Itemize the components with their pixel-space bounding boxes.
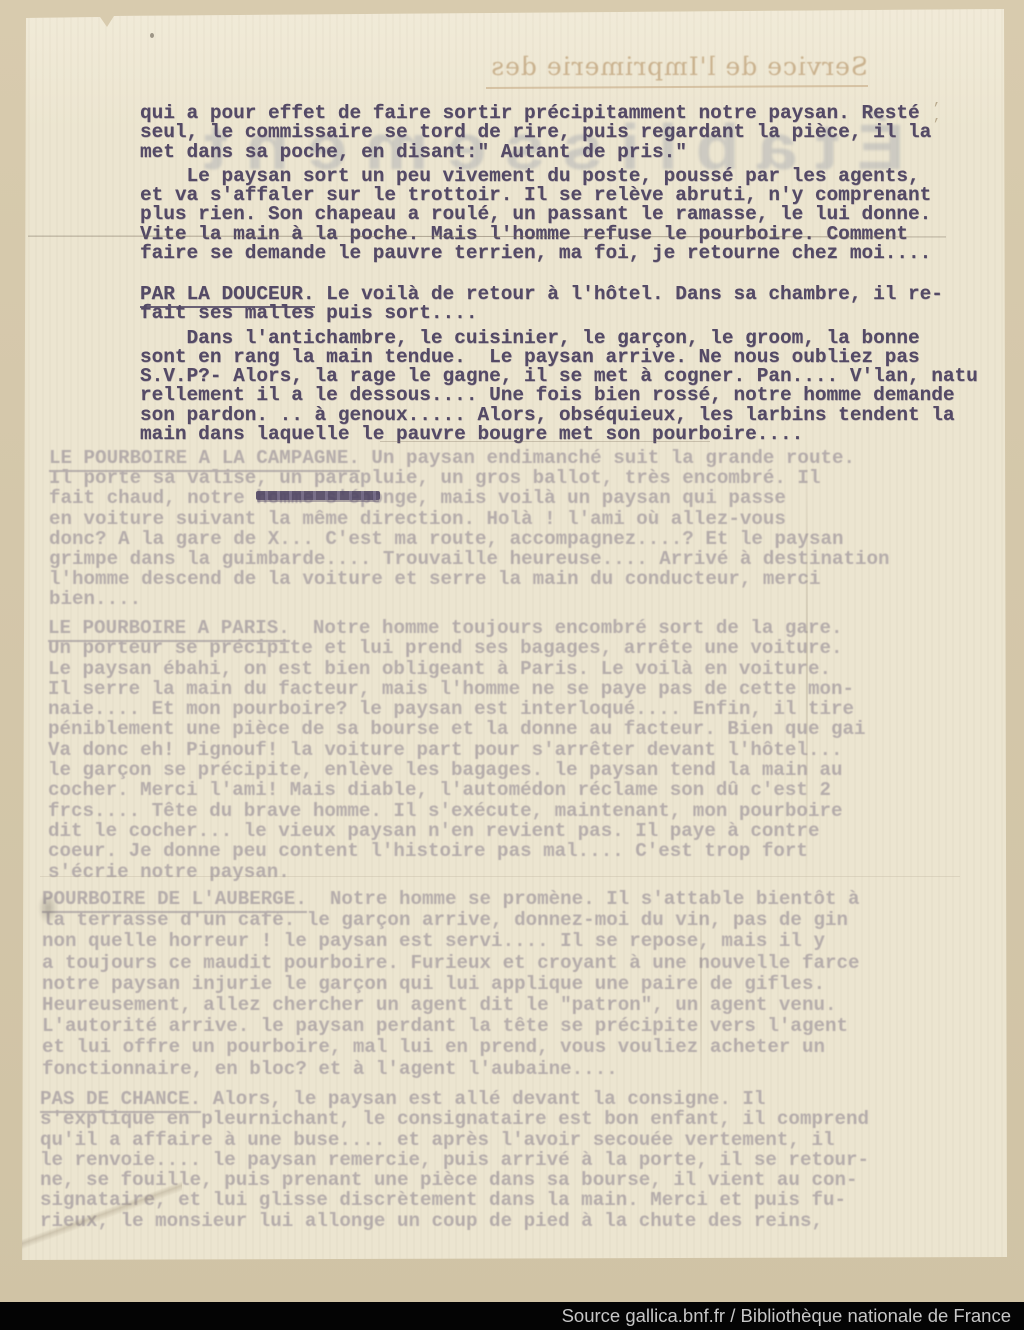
typed-line: Le paysan ébahi, on est bien obligeant à… (48, 659, 866, 679)
faint-crease-line (380, 441, 710, 442)
typed-line: POURBOIRE DE L'AUBERGE. Notre homme se p… (42, 889, 860, 910)
typed-line: Heureusement, allez chercher un agent di… (42, 995, 860, 1016)
typed-line: grimpe dans la guimbarde.... Trouvaille … (49, 549, 890, 569)
typed-line: s'explique en pleurnichant, le consignat… (40, 1109, 869, 1129)
typed-line: Un porteur se précipite et lui prend ses… (48, 638, 866, 658)
typed-line: s'écrie notre paysan. (48, 862, 866, 882)
typed-line: L'autorité arrive. le paysan perdant la … (42, 1016, 860, 1037)
typed-line: le renvoie.... le paysan remercie, puis … (40, 1150, 869, 1170)
typed-line: le garçon se précipite, enlève les bagag… (48, 760, 866, 780)
ghost-block-paris: LE POURBOIRE A PARIS. Notre homme toujou… (48, 618, 866, 882)
ghost-letterhead-service-line: Service de l'Imprimerie des (482, 52, 868, 84)
typed-line: donc? A la gare de X... C'est ma route, … (49, 529, 890, 549)
source-attribution: Source gallica.bnf.fr / Bibliothèque nat… (562, 1302, 1011, 1330)
typed-paragraphs-douceur: PAR LA DOUCEUR. Le voilà de retour à l'h… (140, 285, 978, 444)
typed-line: met dans sa poche, en disant:" Autant de… (140, 143, 931, 162)
typed-line: faire se demande le pauvre terrien, ma f… (140, 244, 931, 263)
typed-line: plus rien. Son chapeau a roulé, un passa… (140, 205, 931, 224)
typed-line: l'homme descend de la voiture et serre l… (49, 569, 890, 589)
typed-line: frcs.... Tête du brave homme. Il s'exécu… (48, 801, 866, 821)
typed-line: bien.... (49, 589, 890, 609)
typed-line: PAS DE CHANCE. Alors, le paysan est allé… (40, 1089, 869, 1109)
typed-line: seul, le commissaire se tord de rire, pu… (140, 123, 931, 142)
strikeout-mark (256, 491, 380, 500)
typed-line: Il serre la main du facteur, mais l'homm… (48, 679, 866, 699)
horizontal-crease (40, 876, 960, 877)
typed-line: et lui offre un pourboire, mal lui en pr… (42, 1037, 860, 1058)
footer-bar: Source gallica.bnf.fr / Bibliothèque nat… (0, 1302, 1024, 1330)
typed-line: fonctionnaire, en bloc? et à l'agent l'a… (42, 1059, 860, 1080)
typed-line: notre paysan injurie le garçon qui lui a… (42, 974, 860, 995)
paper-speck (150, 33, 154, 38)
typed-line: LE POURBOIRE A PARIS. Notre homme toujou… (48, 618, 866, 638)
typed-line: a toujours ce maudit pourboire. Furieux … (42, 953, 860, 974)
typed-line: rellement il a le dessous.... Une fois b… (140, 386, 978, 405)
typed-line: en voiture suivant la même direction. Ho… (49, 509, 890, 529)
ghost-block-auberge: POURBOIRE DE L'AUBERGE. Notre homme se p… (42, 889, 860, 1080)
typed-line: non quelle horreur ! le paysan est servi… (42, 931, 860, 952)
typed-line: coeur. Je donne peu content l'histoire p… (48, 841, 866, 861)
edge-marks: , , (933, 93, 943, 99)
corner-fold-crease (22, 1170, 182, 1262)
typed-line: péniblement une pièce de sa bourse et la… (48, 719, 866, 739)
typed-line: LE POURBOIRE A LA CAMPAGNE. Un paysan en… (49, 448, 890, 468)
ghost-block-campagne: LE POURBOIRE A LA CAMPAGNE. Un paysan en… (49, 448, 890, 610)
typed-line: Va donc eh! Pignouf! la voiture part pou… (48, 740, 866, 760)
edge-smudge (34, 886, 62, 930)
typed-line: Il porte sa valise, un parapluie, un gro… (49, 468, 890, 488)
vertical-crease (806, 432, 808, 888)
typed-paragraphs-top: qui a pour effet de faire sortir précipi… (140, 104, 931, 263)
typed-line: fait chaud, notre homme s'éponge, mais v… (49, 488, 890, 508)
typed-line: Dans l'antichambre, le cuisinier, le gar… (140, 329, 978, 348)
typed-line: dit le cocher... le vieux paysan n'en re… (48, 821, 866, 841)
typed-line: fait ses malles puis sort.... (140, 304, 978, 323)
typed-line: qu'il a affaire à une buse.... et après … (40, 1130, 869, 1150)
typed-line: cocher. Merci l'ami! Mais diable, l'auto… (48, 780, 866, 800)
typed-line: naie.... Et mon pourboire? le paysan est… (48, 699, 866, 719)
typed-line: la terrasse d'un café. le garçon arrive,… (42, 910, 860, 931)
vertical-crease (700, 868, 702, 1118)
